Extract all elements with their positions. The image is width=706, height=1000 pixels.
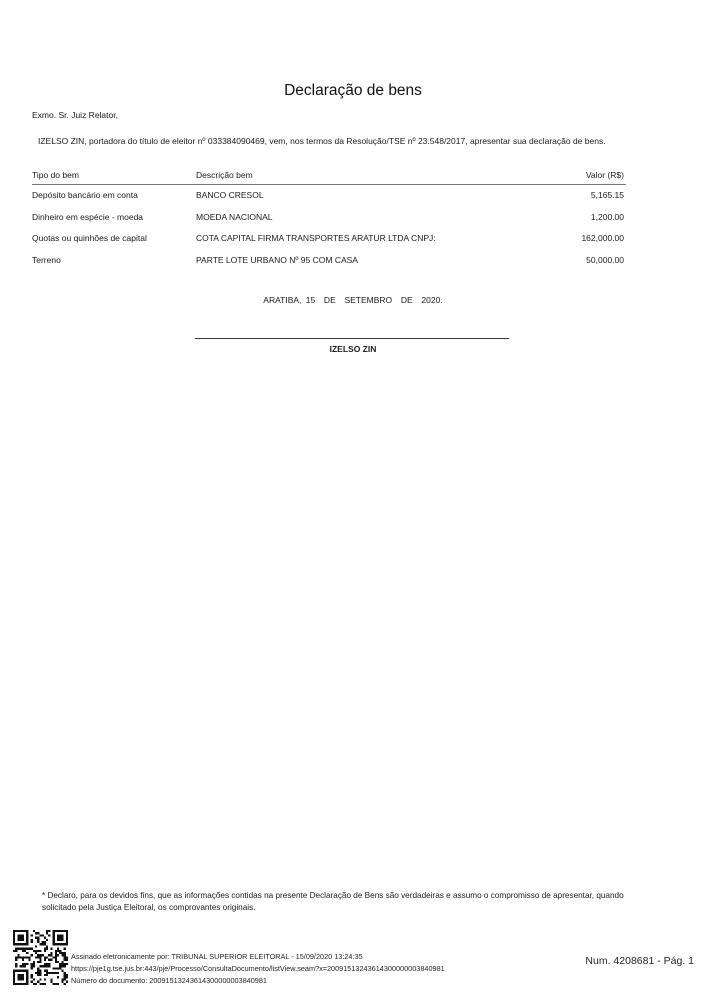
- cell-tipo: Dinheiro em espécie - moeda: [32, 212, 143, 222]
- signature-info: Assinado eletronicamente por: TRIBUNAL S…: [71, 951, 445, 987]
- signature-line: [195, 338, 509, 339]
- document-title: Declaração de bens: [0, 82, 706, 100]
- salutation: Exmo. Sr. Juiz Relator,: [32, 110, 118, 120]
- intro-paragraph: IZELSO ZIN, portadora do título de eleit…: [32, 135, 632, 147]
- header-valor: Valor (R$): [586, 170, 624, 180]
- table-header: Tipo do bem Descrição bem Valor (R$): [32, 167, 626, 185]
- cell-descricao: BANCO CRESOL: [196, 190, 264, 200]
- declaration-footnote: * Declaro, para os devidos fins, que as …: [42, 890, 642, 913]
- cell-tipo: Depósito bancário em conta: [32, 190, 138, 200]
- header-tipo: Tipo do bem: [32, 170, 79, 180]
- document-url[interactable]: https://pje1g.tse.jus.br:443/pje/Process…: [71, 963, 445, 975]
- cell-tipo: Quotas ou quinhões de capital: [32, 233, 147, 243]
- page-reference: Num. 4208681 - Pág. 1: [585, 955, 694, 967]
- table-row: Depósito bancário em conta BANCO CRESOL …: [32, 185, 626, 207]
- document-number: Número do documento: 2009151324361430000…: [71, 975, 445, 987]
- place-date: ARATIBA, 15 DE SETEMBRO DE 2020.: [0, 295, 706, 305]
- table-row: Quotas ou quinhões de capital COTA CAPIT…: [32, 228, 626, 250]
- cell-valor: 1,200.00: [591, 212, 624, 222]
- signed-by-text: Assinado eletronicamente por: TRIBUNAL S…: [71, 951, 445, 963]
- cell-descricao: MOEDA NACIONAL: [196, 212, 273, 222]
- cell-valor: 162,000.00: [581, 233, 624, 243]
- qr-code-icon: [13, 930, 68, 985]
- cell-descricao: PARTE LOTE URBANO Nº 95 COM CASA: [196, 255, 358, 265]
- cell-valor: 5,165.15: [591, 190, 624, 200]
- cell-descricao: COTA CAPITAL FIRMA TRANSPORTES ARATUR LT…: [196, 233, 436, 243]
- assets-table: Tipo do bem Descrição bem Valor (R$) Dep…: [32, 167, 626, 271]
- table-row: Dinheiro em espécie - moeda MOEDA NACION…: [32, 207, 626, 229]
- header-descricao: Descrição bem: [196, 170, 253, 180]
- signer-name: IZELSO ZIN: [0, 344, 706, 354]
- table-row: Terreno PARTE LOTE URBANO Nº 95 COM CASA…: [32, 250, 626, 272]
- cell-tipo: Terreno: [32, 255, 61, 265]
- cell-valor: 50,000.00: [586, 255, 624, 265]
